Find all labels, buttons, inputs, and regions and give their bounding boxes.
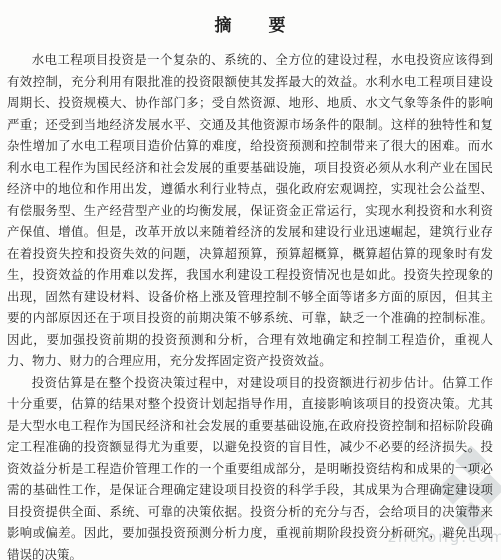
abstract-body: 水电工程项目投资是一个复杂的、系统的、全方位的建设过程，水电投资应该得到有效控制… [7, 50, 493, 560]
abstract-title: 摘 要 [0, 11, 501, 36]
abstract-page: zhulong.com 摘 要 水电工程项目投资是一个复杂的、系统的、全方位的建… [0, 0, 501, 560]
abstract-paragraph-1: 水电工程项目投资是一个复杂的、系统的、全方位的建设过程，水电投资应该得到有效控制… [7, 50, 493, 373]
abstract-paragraph-2: 投资估算是在整个投资决策过程中，对建设项目的投资额进行初步估计。估算工作十分重要… [7, 373, 493, 560]
